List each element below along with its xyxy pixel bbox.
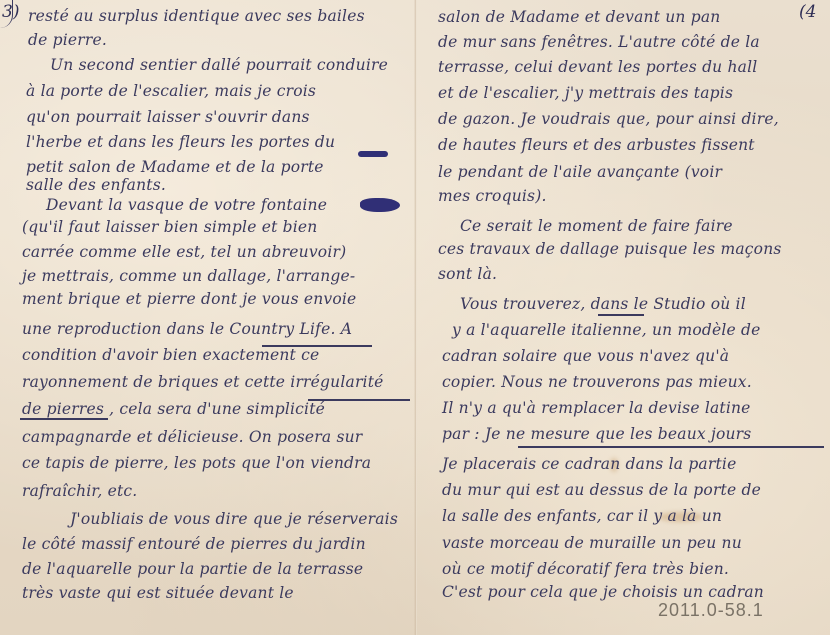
text-line: de pierres , cela sera d'une simplicité (22, 400, 325, 418)
text-line: petit salon de Madame et de la porte (26, 158, 324, 176)
text-line: Je placerais ce cadran dans la partie (442, 455, 736, 473)
text-line: la salle des enfants, car il y a là un (442, 507, 722, 525)
text-line: une reproduction dans le Country Life. A (22, 320, 352, 338)
text-line: de mur sans fenêtres. L'autre côté de la (438, 33, 760, 51)
right-page: (4 salon de Madame et devant un pan de m… (418, 0, 830, 635)
text-line: le côté massif entouré de pierres du jar… (22, 535, 366, 553)
underline-country-life (262, 345, 372, 347)
text-line: de hautes fleurs et des arbustes fissent (438, 136, 755, 154)
text-line: (qu'il faut laisser bien simple et bien (22, 218, 317, 236)
text-line: Il n'y a qu'à remplacer la devise latine (442, 399, 751, 417)
page-fold (414, 0, 417, 635)
text-line: terrasse, celui devant les portes du hal… (438, 58, 757, 76)
page-number-right: (4 (799, 2, 816, 22)
text-line: ces travaux de dallage puisque les maçon… (438, 240, 782, 258)
text-line: cadran solaire que vous n'avez qu'à (442, 347, 729, 365)
text-line: rafraîchir, etc. (22, 482, 137, 500)
text-line: vaste morceau de muraille un peu nu (442, 534, 742, 552)
text-line: l'herbe et dans les fleurs les portes du (26, 133, 335, 151)
text-line: sont là. (438, 265, 497, 283)
page-number-left: 3) (2, 2, 19, 22)
text-line: salle des enfants. (26, 176, 166, 194)
text-line: et de l'escalier, j'y mettrais des tapis (438, 84, 733, 102)
text-line: salon de Madame et devant un pan (438, 8, 721, 26)
underline-simplicite (308, 399, 410, 401)
text-line: où ce motif décoratif fera très bien. (442, 560, 729, 578)
text-line: du mur qui est au dessus de la porte de (442, 481, 761, 499)
text-line: je mettrais, comme un dallage, l'arrange… (22, 267, 355, 285)
text-line: à la porte de l'escalier, mais je crois (26, 82, 316, 100)
text-line: Vous trouverez, dans le Studio où il (460, 295, 746, 313)
text-line: ment brique et pierre dont je vous envoi… (22, 290, 356, 308)
catalog-number: 2011.0-58.1 (658, 600, 764, 621)
text-line: campagnarde et délicieuse. On posera sur (22, 428, 362, 446)
text-line: Devant la vasque de votre fontaine (46, 196, 327, 214)
underline-de-pierres (20, 418, 108, 420)
text-line: rayonnement de briques et cette irrégula… (22, 373, 384, 391)
left-page: 3) resté au surplus identique avec ses b… (0, 0, 414, 635)
text-line: y a l'aquarelle italienne, un modèle de (452, 321, 761, 339)
text-line: resté au surplus identique avec ses bail… (28, 7, 365, 25)
text-line: condition d'avoir bien exactement ce (22, 346, 319, 364)
text-line: qu'on pourrait laisser s'ouvrir dans (26, 108, 310, 126)
text-line: par : Je ne mesure que les beaux jours (442, 425, 751, 443)
text-line: le pendant de l'aile avançante (voir (438, 163, 722, 181)
text-line: ce tapis de pierre, les pots que l'on vi… (22, 454, 371, 472)
text-line: carrée comme elle est, tel un abreuvoir) (22, 243, 346, 261)
text-line: de pierre. (28, 31, 107, 49)
text-line: de l'aquarelle pour la partie de la terr… (22, 560, 363, 578)
text-line: copier. Nous ne trouverons pas mieux. (442, 373, 752, 391)
text-line: Un second sentier dallé pourrait conduir… (50, 56, 388, 74)
text-line: Ce serait le moment de faire faire (460, 217, 733, 235)
text-line: mes croquis). (438, 187, 547, 205)
text-line: C'est pour cela que je choisis un cadran (442, 583, 764, 601)
text-line: très vaste qui est située devant le (22, 584, 294, 602)
text-line: J'oubliais de vous dire que je réservera… (70, 510, 398, 528)
text-line: de gazon. Je voudrais que, pour ainsi di… (438, 110, 779, 128)
underline-studio (598, 314, 644, 316)
underline-devise (518, 446, 824, 448)
